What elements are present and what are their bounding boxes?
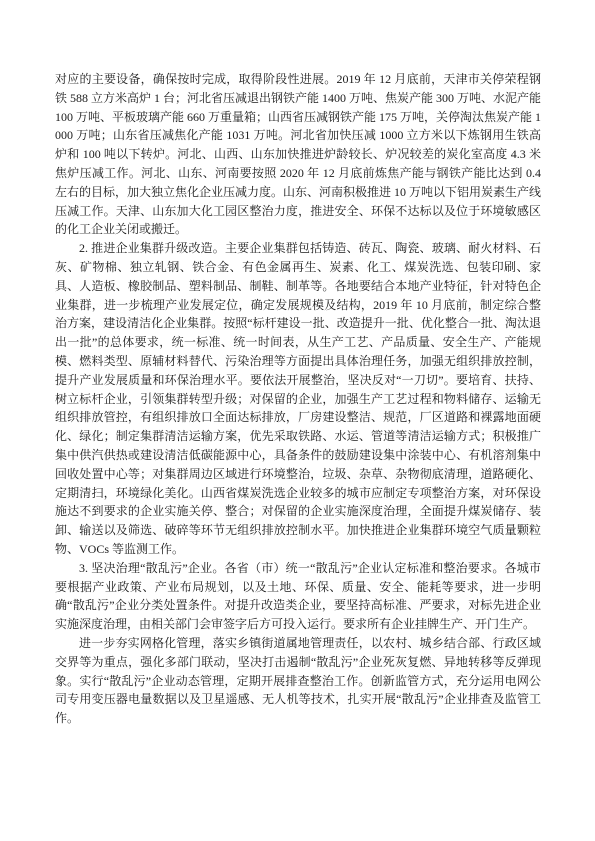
paragraph-grid-management: 进一步夯实网格化管理，落实乡镇街道属地管理责任，以农村、城乡结合部、行政区域交界… [55, 634, 541, 728]
document-body-text: 对应的主要设备，确保按时完成，取得阶段性进展。2019 年 12 月底前，天津市… [55, 70, 541, 728]
paragraph-item-2-cluster-upgrade: 2. 推进企业集群升级改造。主要企业集群包括铸造、砖瓦、陶瓷、玻璃、耐火材料、石… [55, 239, 541, 559]
paragraph-continuation: 对应的主要设备，确保按时完成，取得阶段性进展。2019 年 12 月底前，天津市… [55, 70, 541, 239]
paragraph-item-3-sanluanwu: 3. 坚决治理“散乱污”企业。各省（市）统一“散乱污”企业认定标准和整治要求。各… [55, 559, 541, 634]
document-page: 对应的主要设备，确保按时完成，取得阶段性进展。2019 年 12 月底前，天津市… [0, 0, 595, 841]
